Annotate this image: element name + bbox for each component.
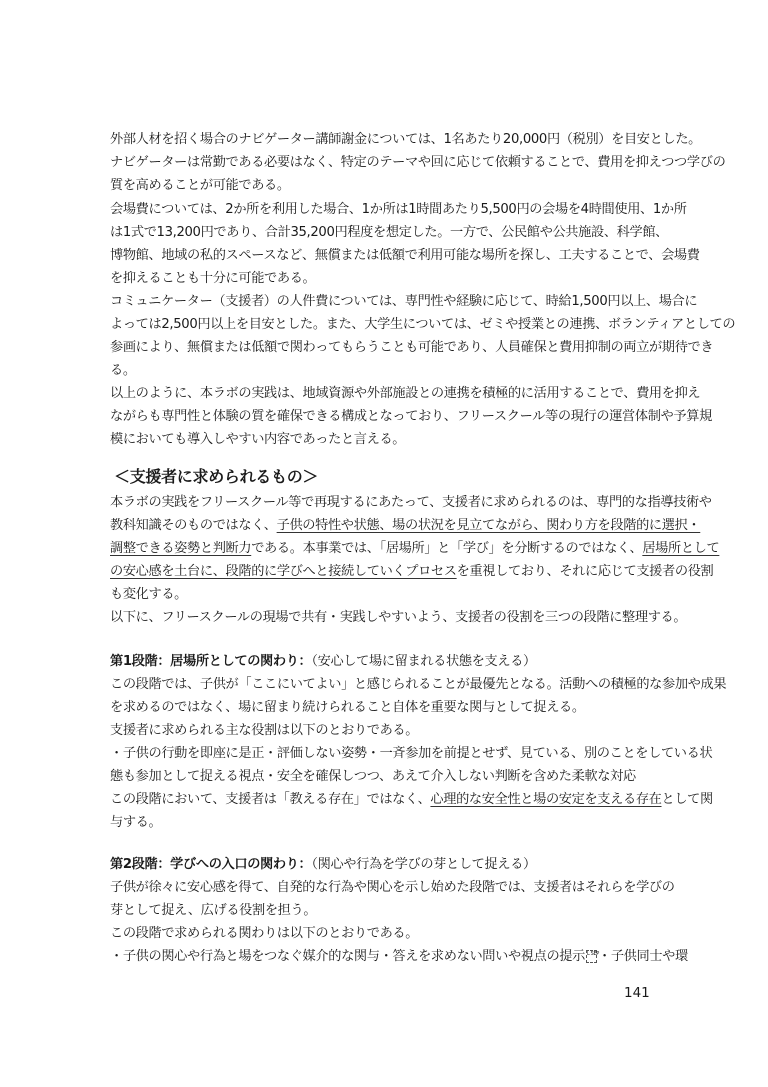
paragraph-line: 調整できる姿勢と判断力である。本事業では、「居場所」と「学び」を分断するのではな… [110,537,719,560]
paragraph-line: 子供が徐々に安心感を得て、自発的な行為や関心を示し始めた段階では、支援者はそれら… [110,876,675,899]
paragraph-line: 模においても導入しやすい内容であったと言える。 [110,428,405,451]
paragraph-line: る。 [110,359,136,382]
stage-title: 第1段階：居場所としての関わり： [110,654,311,669]
paragraph-line: を抑えることも十分に可能である。 [110,267,315,290]
stage-title: 第2段階：学びへの入口の関わり： [110,857,311,872]
paragraph-line: 参画により、無償または低額で関わってもらうことも可能であり、人員確保と費用抑制の… [110,336,713,359]
text-run: である。本事業では、「居場所」と「学び」を分断するのではなく、 [251,541,642,556]
paragraph-line: この段階において、支援者は「教える存在」ではなく、心理的な安全性と場の安定を支え… [110,788,713,811]
line-separator-glyph-icon: L SEP [586,950,597,963]
paragraph-line: 博物館、地域の私的スペースなど、無償または低額で利用可能な場所を探し、工夫するこ… [110,244,700,267]
paragraph-line: コミュニケーター（支援者）の人件費については、専門性や経験に応じて、時給1,50… [110,290,697,313]
underlined-text: 子供の特性や状態、場の状況を見立てながら、関わり方を段階的に選択・ [277,518,701,533]
paragraph-line: 芽として捉え、広げる役割を担う。 [110,899,316,922]
underlined-text: の安心感を土台に、段階的に学びへと接続していくプロセス [110,564,457,579]
paragraph-line: ながらも専門性と体験の質を確保できる構成となっており、フリースクール等の現行の運… [110,405,712,428]
paragraph-line: の安心感を土台に、段階的に学びへと接続していくプロセスを重視しており、それに応じ… [110,560,713,583]
section-heading: ＜支援者に求められるもの＞ [114,464,318,487]
document-page: 外部人材を招く場合のナビゲーター講師謝金については、1名あたり20,000円（税… [0,0,768,1087]
page-number: 141 [624,985,650,1001]
paragraph-line: この段階では、子供が「ここにいてよい」と感じられることが最優先となる。活動への積… [110,673,726,696]
paragraph-line: 外部人材を招く場合のナビゲーター講師謝金については、1名あたり20,000円（税… [110,128,701,151]
paragraph-line: 会場費については、2か所を利用した場合、1か所は1時間あたり5,500円の会場を… [110,198,687,221]
paragraph-line: 支援者に求められる主な役割は以下のとおりである。 [110,719,418,742]
paragraph-line: ・子供の行動を即座に是正・評価しない姿勢・一斉参加を前提とせず、見ている、別のこ… [110,742,712,765]
stage2-title-line: 第2段階：学びへの入口の関わり：（関心や行為を学びの芽として捉える） [110,853,536,876]
paragraph-line: も変化する。 [110,583,187,606]
paragraph-line: 教科知識そのものではなく、子供の特性や状態、場の状況を見立てながら、関わり方を段… [110,514,700,537]
paragraph-line: は1式で13,200円であり、合計35,200円程度を想定した。一方で、公民館や… [110,221,668,244]
paragraph-line: 以下に、フリースクールの現場で共有・実践しやすいよう、支援者の役割を三つの段階に… [110,606,686,629]
stage1-title-line: 第1段階：居場所としての関わり：（安心して場に留まれる状態を支える） [110,650,536,673]
paragraph-line: 本ラボの実践をフリースクール等で再現するにあたって、支援者に求められるのは、専門… [110,491,712,514]
paragraph-line: ・子供の関心や行為と場をつなぐ媒介的な関与・答えを求めない問いや視点の提示L S… [110,945,688,968]
paragraph-line: 質を高めることが可能である。 [110,174,290,197]
paragraph-line: 与する。 [110,811,161,834]
paragraph-line: よっては2,500円以上を目安とした。また、大学生については、ゼミや授業との連携… [110,313,735,336]
stage-subtitle: （安心して場に留まれる状態を支える） [311,654,535,669]
underlined-text: 心理的な安全性と場の安定を支える存在 [430,792,661,807]
stage-subtitle: （関心や行為を学びの芽として捉える） [311,857,535,872]
underlined-text: 居場所として [642,541,719,556]
text-run: 教科知識そのものではなく、 [110,518,277,533]
text-run: を重視しており、それに応じて支援者の役割 [457,564,714,579]
paragraph-line: この段階で求められる関わりは以下のとおりである。 [110,922,418,945]
text-run: この段階において、支援者は「教える存在」ではなく、 [110,792,430,807]
paragraph-line: 以上のように、本ラボの実践は、地域資源や外部施設との連携を積極的に活用することで… [110,382,700,405]
text-run: ・子供の関心や行為と場をつなぐ媒介的な関与・答えを求めない問いや視点の提示 [110,949,585,964]
paragraph-line: 態も参加として捉える視点・安全を確保しつつ、あえて介入しない判断を含めた柔軟な対… [110,765,636,788]
paragraph-line: ナビゲーターは常勤である必要はなく、特定のテーマや回に応じて依頼することで、費用… [110,151,725,174]
text-run: ・子供同士や環 [598,949,688,964]
text-run: として関 [662,792,713,807]
paragraph-line: を求めるのではなく、場に留まり続けられること自体を重要な関与として捉える。 [110,696,585,719]
underlined-text: 調整できる姿勢と判断力 [110,541,251,556]
